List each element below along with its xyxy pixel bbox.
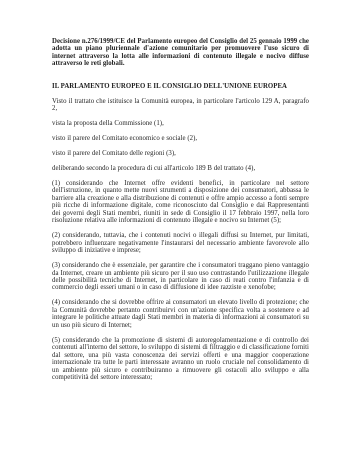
- document-title: Decisione n.276/1999/CE del Parlamento e…: [52, 38, 309, 68]
- paragraph-preamble-proposal: vista la proposta della Commissione (1),: [52, 120, 309, 127]
- paragraph-preamble-ecosoc: visto il parere del Comitato economico e…: [52, 135, 309, 142]
- paragraph-recital-3: (3) considerando che è essenziale, per g…: [52, 262, 309, 292]
- paragraph-recital-1: (1) considerando che Internet offre evid…: [52, 180, 309, 225]
- paragraph-preamble-regions: visto il parere del Comitato delle regio…: [52, 150, 309, 157]
- paragraph-preamble-procedure: deliberando secondo la procedura di cui …: [52, 165, 309, 172]
- paragraph-recital-4: (4) considerando che si dovrebbe offrire…: [52, 299, 309, 329]
- document-page: Decisione n.276/1999/CE del Parlamento e…: [0, 0, 360, 466]
- paragraph-recital-5: (5) considerando che la promozione di si…: [52, 337, 309, 382]
- paragraph-preamble-treaty: Visto il trattato che istituisce la Comu…: [52, 98, 309, 113]
- document-heading: IL PARLAMENTO EUROPEO E IL CONSIGLIO DEL…: [52, 83, 309, 90]
- paragraph-recital-2: (2) considerando, tuttavia, che i conten…: [52, 232, 309, 254]
